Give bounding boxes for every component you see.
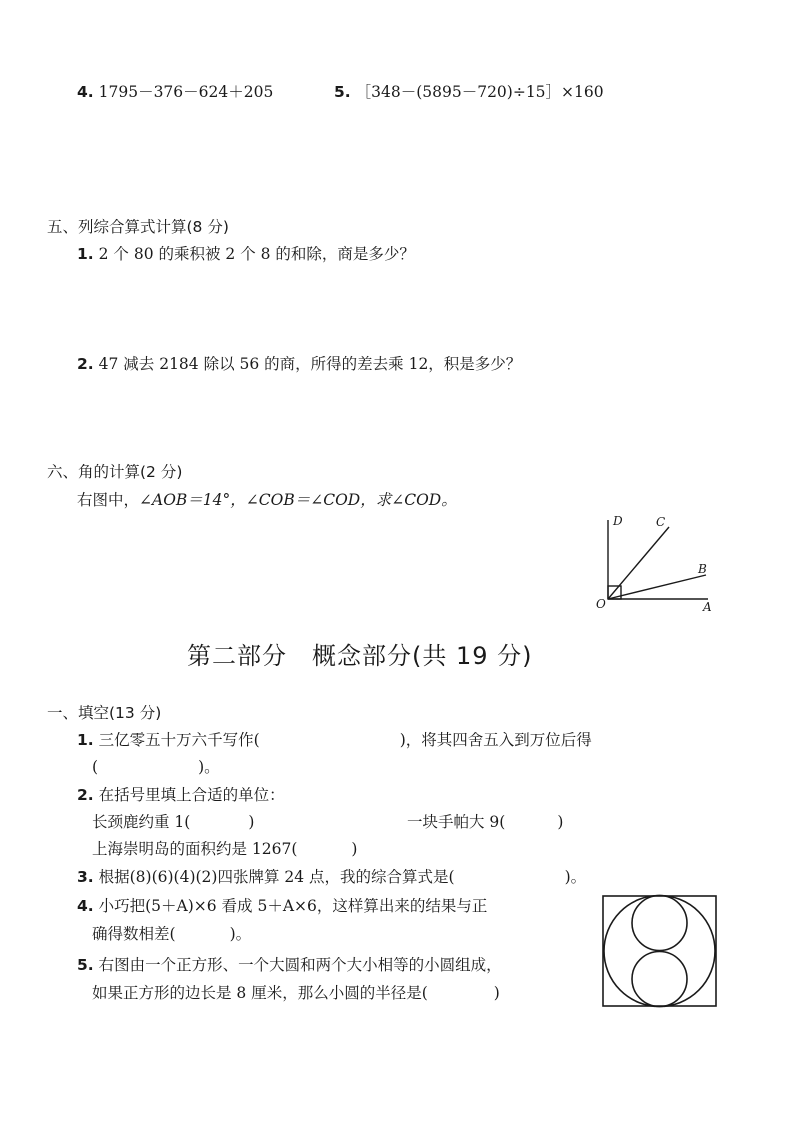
circles-in-square-figure bbox=[0, 0, 793, 1122]
fill-in-q5-line2: 如果正方形的边长是 8 厘米，那么小圆的半径是() bbox=[92, 983, 500, 1003]
question-text: 2 个 80 的乘积被 2 个 8 的和除，商是多少？ bbox=[99, 245, 415, 263]
q2-handkerchief-text: 一块手帕大 9( bbox=[407, 813, 505, 831]
q4-text: 小巧把(5＋A)×6 看成 5＋A×6，这样算出来的结果与正 bbox=[99, 897, 488, 915]
label-c: C bbox=[656, 512, 665, 532]
q2-island-text: 上海崇明岛的面积约是 1267( bbox=[92, 840, 297, 858]
fill-in-q2-giraffe: 长颈鹿约重 1() bbox=[92, 812, 254, 832]
fill-in-q4-line1: 4. 小巧把(5＋A)×6 看成 5＋A×6，这样算出来的结果与正 bbox=[77, 896, 487, 916]
label-a: A bbox=[703, 597, 712, 617]
paren-close: ) bbox=[351, 840, 357, 858]
question-text: 47 减去 2184 除以 56 的商，所得的差去乘 12，积是多少？ bbox=[99, 355, 522, 373]
q5-text: 右图由一个正方形、一个大圆和两个大小相等的小圆组成， bbox=[99, 956, 502, 974]
q3-text: 根据(8)(6)(4)(2)四张牌算 24 点，我的综合算式是( bbox=[99, 868, 455, 886]
section-5-heading: 五、列综合算式计算(8 分) bbox=[47, 217, 229, 237]
label-b: B bbox=[698, 559, 707, 579]
fill-in-q5-line1: 5. 右图由一个正方形、一个大圆和两个大小相等的小圆组成， bbox=[77, 955, 502, 975]
fill-in-q4-line2: 确得数相差()。 bbox=[92, 924, 251, 944]
prompt-prefix: 右图中， bbox=[77, 491, 139, 509]
item-number: 4. bbox=[77, 83, 94, 101]
item-number: 2. bbox=[77, 786, 94, 804]
fill-in-q2-handkerchief: 一块手帕大 9() bbox=[407, 812, 563, 832]
paren-close: ) bbox=[248, 813, 254, 831]
fill-in-q2-intro: 2. 在括号里填上合适的单位： bbox=[77, 785, 285, 805]
section-6-heading: 六、角的计算(2 分) bbox=[47, 462, 182, 482]
q1-paren-close: )。 bbox=[198, 758, 220, 776]
label-o: O bbox=[596, 594, 606, 614]
fill-in-q1-line1: 1. 三亿零五十万六千写作()，将其四舍五入到万位后得 bbox=[77, 730, 592, 750]
part-2-title: 第二部分 概念部分(共 19 分) bbox=[187, 641, 533, 671]
item-number: 1. bbox=[77, 245, 94, 263]
section-5-question-2: 2. 47 减去 2184 除以 56 的商，所得的差去乘 12，积是多少？ bbox=[77, 354, 521, 374]
q5-text-cont: 如果正方形的边长是 8 厘米，那么小圆的半径是( bbox=[92, 984, 428, 1002]
expression: 1795－376－624＋205 bbox=[99, 83, 274, 101]
fill-in-q3: 3. 根据(8)(6)(4)(2)四张牌算 24 点，我的综合算式是()。 bbox=[77, 867, 586, 887]
fill-in-q1-line2: ()。 bbox=[92, 757, 220, 777]
paren-close: )。 bbox=[565, 868, 587, 886]
paren-close: ) bbox=[494, 984, 500, 1002]
item-number: 5. bbox=[77, 956, 94, 974]
calc-item-5: 5. ［348－(5895－720)÷15］×160 bbox=[334, 82, 604, 102]
item-number: 3. bbox=[77, 868, 94, 886]
q4-text-cont: 确得数相差( bbox=[92, 925, 176, 943]
prompt-suffix: 求∠COD。 bbox=[376, 491, 457, 509]
calc-item-4: 4. 1795－376－624＋205 bbox=[77, 82, 273, 102]
angle-figure bbox=[0, 0, 793, 1122]
angle-cob-cod: ∠COB＝∠COD， bbox=[246, 491, 376, 509]
item-number: 1. bbox=[77, 731, 94, 749]
item-number: 4. bbox=[77, 897, 94, 915]
label-d: D bbox=[613, 511, 623, 531]
expression: ［348－(5895－720)÷15］×160 bbox=[356, 83, 604, 101]
item-number: 5. bbox=[334, 83, 351, 101]
paren-close: )。 bbox=[230, 925, 252, 943]
section-6-prompt: 右图中，∠AOB＝14°，∠COB＝∠COD，求∠COD。 bbox=[77, 490, 457, 510]
fill-in-q2-island: 上海崇明岛的面积约是 1267() bbox=[92, 839, 357, 859]
q1-text-b: )，将其四舍五入到万位后得 bbox=[400, 731, 592, 749]
fill-in-heading: 一、填空(13 分) bbox=[47, 703, 161, 723]
section-5-question-1: 1. 2 个 80 的乘积被 2 个 8 的和除，商是多少？ bbox=[77, 244, 415, 264]
q2-intro-text: 在括号里填上合适的单位： bbox=[99, 786, 285, 804]
angle-aob: ∠AOB＝14°， bbox=[139, 491, 246, 509]
paren-close: ) bbox=[557, 813, 563, 831]
q2-giraffe-text: 长颈鹿约重 1( bbox=[92, 813, 190, 831]
q1-paren-open: ( bbox=[92, 758, 98, 776]
q1-text-a: 三亿零五十万六千写作( bbox=[99, 731, 260, 749]
item-number: 2. bbox=[77, 355, 94, 373]
